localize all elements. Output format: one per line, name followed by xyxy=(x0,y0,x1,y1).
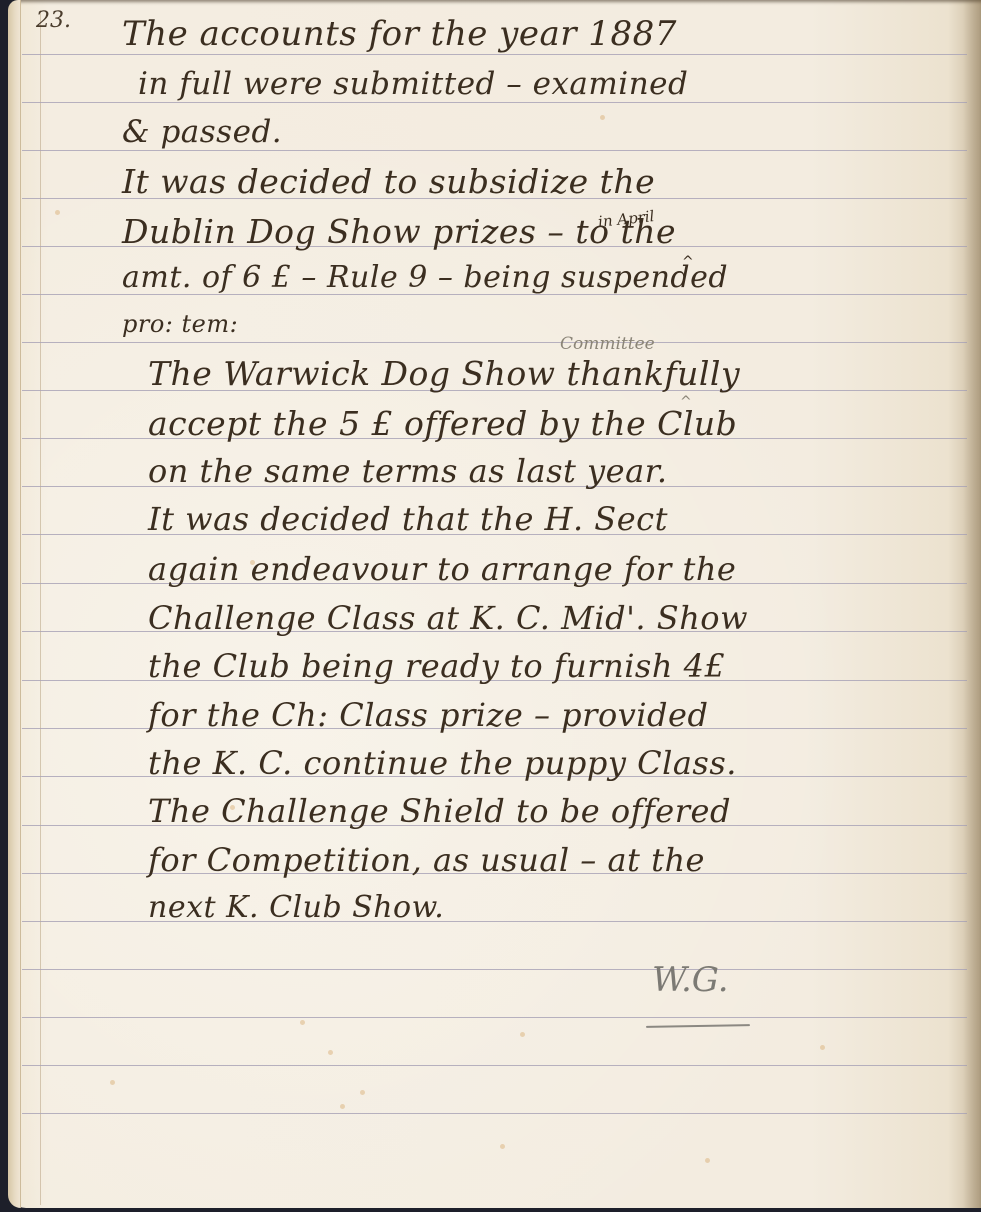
text-line: & passed. xyxy=(122,114,282,150)
margin-line xyxy=(40,10,41,1205)
text-line: the Club being ready to furnish 4£ xyxy=(148,647,725,685)
text-line: for Competition, as usual – at the xyxy=(148,841,705,879)
text-line: again endeavour to arrange for the xyxy=(148,550,736,588)
text-line: next K. Club Show. xyxy=(148,890,444,925)
text-line: It was decided to subsidize the xyxy=(122,162,655,201)
ruled-line xyxy=(22,102,967,103)
foxing-spot xyxy=(110,1080,115,1085)
text-line: the K. C. continue the puppy Class. xyxy=(148,744,737,782)
ruled-line xyxy=(22,1113,967,1114)
text-line: The Warwick Dog Show thankfully xyxy=(148,354,740,393)
foxing-spot xyxy=(705,1158,710,1163)
foxing-spot xyxy=(328,1050,333,1055)
ruled-line xyxy=(22,1017,967,1018)
text-line: in full were submitted – examined xyxy=(138,66,688,102)
text-line: The accounts for the year 1887 xyxy=(122,14,677,54)
ruled-line xyxy=(22,342,967,343)
foxing-spot xyxy=(500,1144,505,1149)
text-line: Challenge Class at K. C. Mid'. Show xyxy=(148,599,748,637)
text-line: The Challenge Shield to be offered xyxy=(148,792,731,830)
foxing-spot xyxy=(820,1045,825,1050)
text-line: It was decided that the H. Sect xyxy=(148,500,668,538)
text-line: amt. of 6 £ – Rule 9 – being suspended xyxy=(122,260,728,295)
initials-signature: W.G. xyxy=(652,960,729,1000)
text-line: accept the 5 £ offered by the Club xyxy=(148,404,737,443)
ruled-line xyxy=(22,150,967,151)
text-line: Dublin Dog Show prizes – to the xyxy=(122,212,676,251)
foxing-spot xyxy=(300,1020,305,1025)
text-line: on the same terms as last year. xyxy=(148,452,668,490)
ruled-line xyxy=(22,1065,967,1066)
ruled-line xyxy=(22,54,967,55)
insert-committee: Committee xyxy=(560,334,655,354)
text-line: for the Ch: Class prize – provided xyxy=(148,696,708,734)
ruled-line xyxy=(22,969,967,970)
foxing-spot xyxy=(55,210,60,215)
foxing-spot xyxy=(340,1104,345,1109)
binding-edge xyxy=(8,0,21,1208)
text-line: pro: tem: xyxy=(122,310,238,338)
gutter-shadow xyxy=(963,0,981,1208)
page-number: 23. xyxy=(36,8,71,33)
foxing-spot xyxy=(520,1032,525,1037)
foxing-spot xyxy=(600,115,605,120)
foxing-spot xyxy=(360,1090,365,1095)
